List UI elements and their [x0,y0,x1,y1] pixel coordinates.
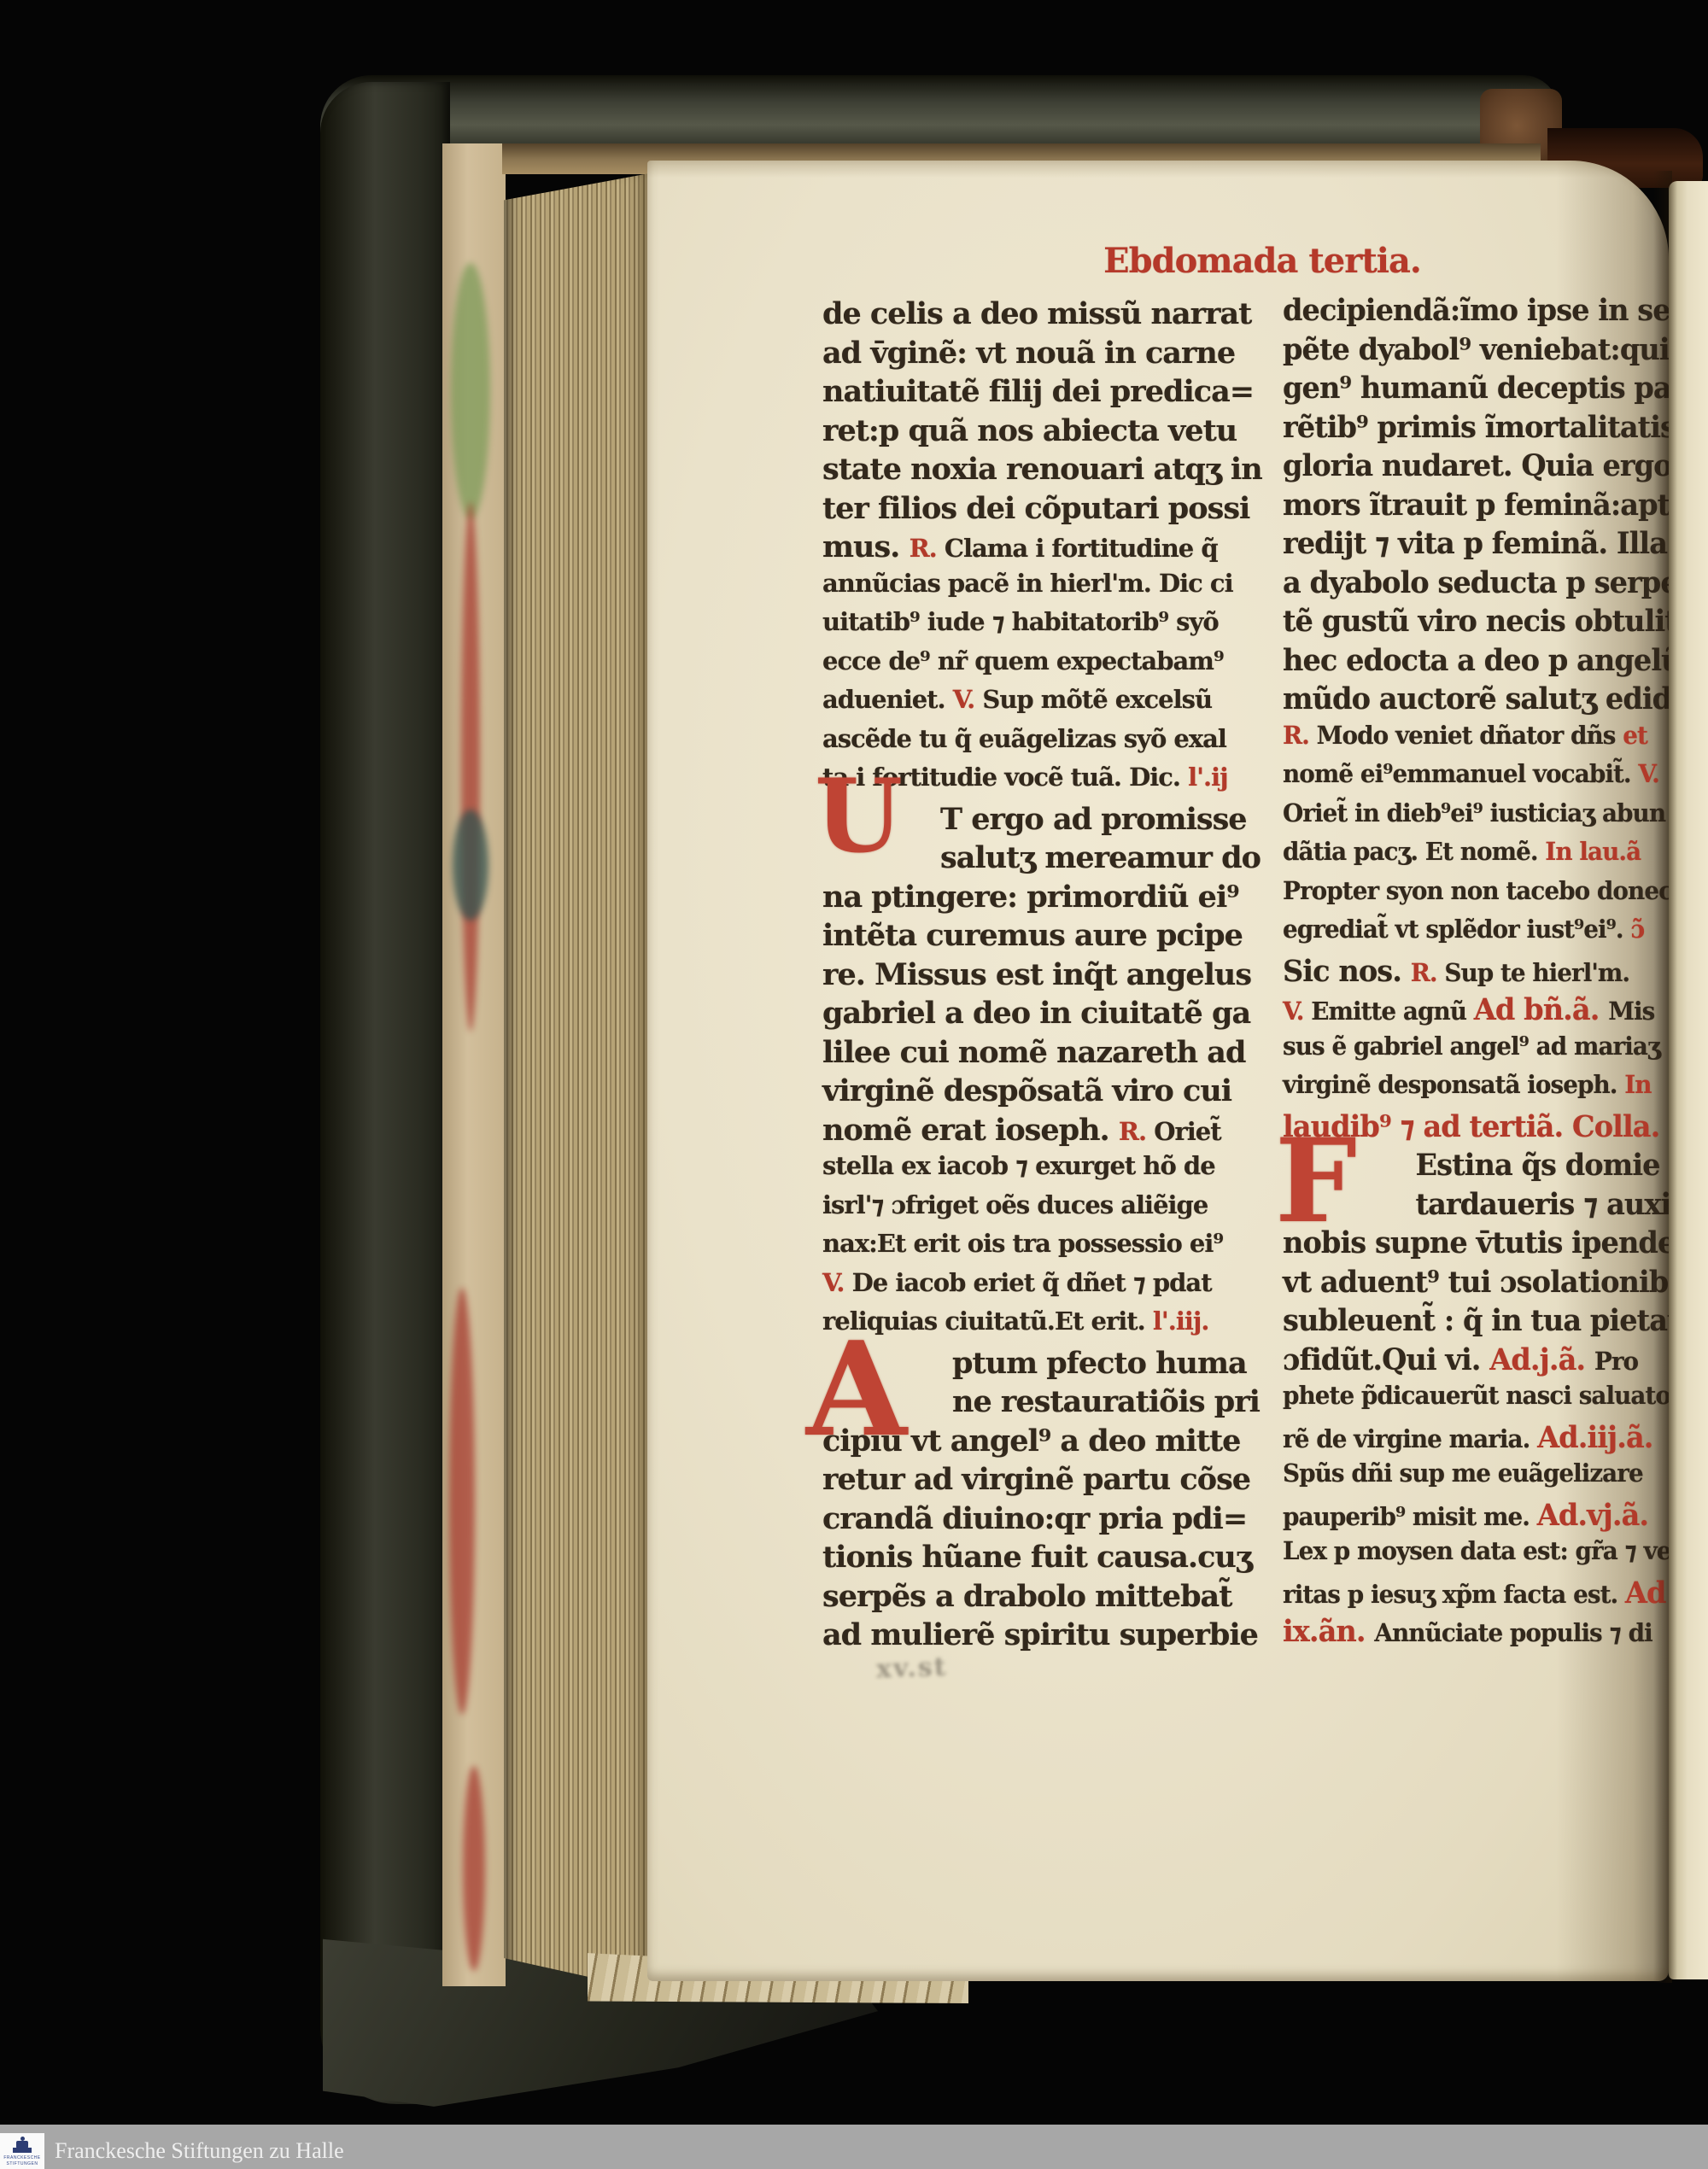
body-text: Sic nos. [1283,954,1411,989]
page-header: Ebdomada tertia. [1040,241,1484,281]
text-line: V. Emitte agnũ Ad bñ.ã. Mis [1283,995,1654,1025]
body-text: De iacob eriet q̃ dñet ⁊ pdat [852,1268,1212,1297]
text-line: ɔfidũt.Qui vi. Ad.j.ã. Pro [1283,1345,1638,1375]
body-text: Modo veniet dñator dñs [1317,721,1623,750]
decorative-mark-red [461,502,480,1032]
text-line: egrediat̃ vt splẽdor iust⁹ei⁹. ɔ̃ [1283,917,1644,942]
text-line: adueniet. V. Sup mõtẽ excelsũ [822,687,1212,712]
text-line: annũcias pacẽ in hierl'm. Dic ci [822,571,1233,596]
text-line: tẽ gustũ viro necis obtulit: [1283,606,1669,636]
body-text: lilee cui nomẽ nazareth ad [822,1035,1245,1070]
text-line: ad v̄ginẽ: vt nouã in carne [822,338,1235,368]
body-text: Oriet̃ in dieb⁹ei⁹ iusticiaʒ abun [1283,798,1665,827]
body-text: tardaueris ⁊ auxiliũ [1416,1187,1669,1222]
text-line: uitatib⁹ iude ⁊ habitatorib⁹ syõ [822,610,1219,634]
text-line: pẽte dyabol⁹ veniebat:qui [1283,335,1669,365]
body-text: uitatib⁹ iude ⁊ habitatorib⁹ syõ [822,607,1219,636]
rubric-text: ɔ̃ [1630,915,1644,944]
text-line: isrl'⁊ ɔfriget oẽs duces aliẽige [822,1193,1208,1218]
text-line: nax:Et erit ois tra possessio ei⁹ [822,1231,1223,1256]
rubric-text: Ad.vj.ã. [1537,1498,1648,1533]
body-text: subleuent̃ : q̃ in tua pietate [1283,1303,1669,1338]
text-line: natiuitatẽ filij dei predica= [822,377,1254,406]
body-text: phete p̃dicauerũt nasci saluato [1283,1381,1669,1410]
text-line: Propter syon non tacebo donec [1283,879,1669,903]
body-text: re. Missus est inq̃t angelus [822,957,1251,992]
facing-page-edge [1669,181,1708,1979]
text-line: retur ad virginẽ partu cõse [822,1465,1250,1494]
text-line: sus ẽ gabriel angel⁹ ad mariaʒ [1283,1034,1660,1059]
body-text: de celis a deo missũ narrat [822,296,1251,331]
body-text: ad mulierẽ spiritu superbie [822,1617,1258,1652]
body-text: T ergo ad promisse [940,802,1247,837]
body-text: Annũciate populis ⁊ di [1374,1618,1652,1647]
body-text: ascẽde tu q̃ euãgelizas syõ exal [822,724,1226,753]
text-line: vt aduent⁹ tui ɔsolationib⁹ [1283,1267,1669,1297]
book-page: Ebdomada tertia. xv.st de celis a deo mi… [647,161,1669,1981]
rubric-text: V. [822,1268,852,1297]
body-text: sus ẽ gabriel angel⁹ ad mariaʒ [1283,1032,1660,1061]
signature-smudge: xv.st [875,1652,948,1685]
body-text: virginẽ despõsatã viro cui [822,1073,1231,1108]
body-text: intẽta curemus aure pcipe [822,918,1243,953]
text-line: mus. R. Clama i fortitudine q̃ [822,532,1218,562]
text-line: serpẽs a drabolo mittebat̃ [822,1581,1231,1611]
body-text: rẽtib⁹ primis ĩmortalitatis [1283,410,1669,445]
text-line: redijt ⁊ vita p feminã. Illa [1283,529,1667,558]
text-line: re. Missus est inq̃t angelus [822,960,1251,990]
rubric-text: et [1623,721,1647,750]
body-text: pẽte dyabol⁹ veniebat:qui [1283,332,1669,367]
body-text: rẽ de virgine maria. [1283,1424,1537,1453]
text-line: decipiendã:ĩmo ipse in ser [1283,295,1669,325]
text-line: R. Modo veniet dñator dñs et [1283,723,1647,748]
text-line: ret:p quã nos abiecta vetu [822,416,1237,446]
body-text: tionis hũane fuit causa.cuʒ [822,1540,1252,1575]
body-text: Spũs dñi sup me euãgelizare [1283,1459,1643,1488]
body-text: Propter syon non tacebo donec [1283,876,1669,905]
body-text: ne restauratiõis pri [952,1384,1260,1419]
institution-name: Franckesche Stiftungen zu Halle [55,2138,344,2164]
body-text: Pro [1594,1347,1638,1376]
text-line: mors ĩtrauit p feminã:apte [1283,490,1669,520]
rubric-text: l'.ij [1188,763,1228,792]
drop-cap-initial: F [1275,1136,1357,1225]
body-text: ret:p quã nos abiecta vetu [822,413,1237,448]
text-line: a dyabolo seducta p serpen [1283,568,1669,598]
text-line: phete p̃dicauerũt nasci saluato [1283,1383,1669,1408]
body-text: gloria nudaret. Quia ergo [1283,448,1669,483]
text-line: Sic nos. R. Sup te hierl'm. [1283,956,1629,986]
body-text: Estina q̃s domie ne [1416,1148,1669,1183]
body-text: gabriel a deo in ciuitatẽ ga [822,996,1250,1031]
rubric-text: Ad bñ.ã. [1474,992,1608,1027]
body-text: pauperib⁹ misit me. [1283,1502,1537,1531]
body-text: a dyabolo seducta p serpen [1283,565,1669,600]
text-line: ritas p iesuʒ xp̃m facta est. Ad [1283,1578,1666,1608]
body-text: virginẽ desponsatã ioseph. [1283,1070,1624,1099]
text-line: gloria nudaret. Quia ergo [1283,451,1669,481]
text-line: ascẽde tu q̃ euãgelizas syõ exal [822,727,1226,751]
text-line: de celis a deo missũ narrat [822,299,1251,329]
body-text: Emitte agnũ [1311,997,1474,1026]
rubric-text: In [1624,1070,1651,1099]
rubric-text: V. [1283,997,1311,1026]
text-line: tionis hũane fuit causa.cuʒ [822,1542,1252,1572]
text-line: virginẽ desponsatã ioseph. In [1283,1073,1652,1097]
body-text: redijt ⁊ vita p feminã. Illa [1283,526,1667,561]
body-text: stella ex iacob ⁊ exurget hõ de [822,1151,1215,1180]
body-text: ptum pfecto huma [952,1346,1247,1381]
text-line: rẽtib⁹ primis ĩmortalitatis [1283,412,1669,442]
text-line: rẽ de virgine maria. Ad.iij.ã. [1283,1423,1653,1453]
body-text: decipiendã:ĩmo ipse in ser [1283,293,1669,328]
text-line: Spũs dñi sup me euãgelizare [1283,1461,1643,1486]
text-line: pauperib⁹ misit me. Ad.vj.ã. [1283,1500,1648,1530]
body-text: isrl'⁊ ɔfriget oẽs duces aliẽige [822,1190,1208,1219]
body-text: nomẽ ei⁹emmanuel vocabit̃. [1283,759,1638,788]
text-line: stella ex iacob ⁊ exurget hõ de [822,1154,1215,1178]
text-line: mũdo auctorẽ salutʒ edidit [1283,684,1669,714]
logo-caption-line2: STIFTUNGEN [1,2161,44,2166]
text-line: Lex p moysen data est: gr̃a ⁊ ve [1283,1539,1669,1564]
rubric-text: R. [1283,721,1317,750]
decorative-mark-red [463,1766,485,1971]
text-line: dãtia pacʒ. Et nomẽ. In lau.ã [1283,839,1641,864]
rubric-text: ix.ãn. [1283,1614,1374,1649]
body-text: ɔfidũt.Qui vi. [1283,1342,1489,1377]
decorative-mark-green [451,263,490,519]
body-text: nomẽ erat ioseph. [822,1113,1119,1148]
text-line: na ptingere: primordiũ ei⁹ [822,882,1239,912]
text-line: Oriet̃ in dieb⁹ei⁹ iusticiaʒ abun [1283,801,1665,826]
body-text: Oriet̃ [1154,1117,1220,1146]
body-text: salutʒ mereamur do [940,840,1261,875]
text-line: nomẽ ei⁹emmanuel vocabit̃. V. [1283,762,1659,786]
rubric-text: V. [953,685,983,714]
text-line: virginẽ despõsatã viro cui [822,1076,1231,1106]
text-line: ix.ãn. Annũciate populis ⁊ di [1283,1617,1652,1646]
text-line: gabriel a deo in ciuitatẽ ga [822,998,1250,1028]
logo-caption-line1: FRANCKESCHE [1,2155,44,2160]
body-text: Lex p moysen data est: gr̃a ⁊ ve [1283,1536,1669,1565]
body-text: ad v̄ginẽ: vt nouã in carne [822,336,1235,371]
body-text: dãtia pacʒ. Et nomẽ. [1283,837,1545,866]
text-line: intẽta curemus aure pcipe [822,921,1243,950]
franckesche-logo-icon [13,2148,32,2153]
body-text: ter filios dei cõputari possi [822,491,1249,526]
body-text: mors ĩtrauit p feminã:apte [1283,488,1669,523]
body-text: ritas p iesuʒ xp̃m facta est. [1283,1580,1625,1609]
body-text: mus. [822,529,910,564]
body-text: na ptingere: primordiũ ei⁹ [822,880,1239,915]
body-text: mũdo auctorẽ salutʒ edidit [1283,681,1669,716]
body-text: Mis [1608,997,1654,1026]
rubric-text: Ad.iij.ã. [1537,1420,1652,1455]
body-text: ecce de⁹ nr̃ quem expectabam⁹ [822,646,1224,675]
text-line: nomẽ erat ioseph. R. Oriet̃ [822,1115,1221,1145]
rubric-text: In lau.ã [1545,837,1641,866]
body-text: Clama i fortitudine q̃ [945,534,1218,563]
body-text: nax:Et erit ois tra possessio ei⁹ [822,1229,1223,1258]
body-text: vt aduent⁹ tui ɔsolationib⁹ [1283,1265,1669,1300]
text-line: state noxia renouari atqʒ in [822,454,1262,484]
body-text: hec edocta a deo p angelũ [1283,643,1669,678]
text-line: ad mulierẽ spiritu superbie [822,1620,1258,1650]
drop-cap-initial: U [815,777,903,856]
body-text: state noxia renouari atqʒ in [822,452,1262,487]
decorative-mark-teal [453,810,488,921]
rubric-text: R. [1119,1117,1154,1146]
rubric-text: R. [1411,958,1445,987]
decorative-mark-red [449,1288,475,1715]
body-text: Sup te hierl'm. [1444,958,1629,987]
body-text: adueniet. [822,685,953,714]
text-line: subleuent̃ : q̃ in tua pietate [1283,1306,1669,1336]
book-cover-left-board [320,82,450,2104]
body-text: retur ad virginẽ partu cõse [822,1462,1250,1497]
rubric-text: Ad.j.ã. [1489,1342,1594,1377]
background: Ebdomada tertia. xv.st de celis a deo mi… [0,0,1708,2169]
body-text: Sup mõtẽ excelsũ [982,685,1212,714]
body-text: tẽ gustũ viro necis obtulit: [1283,604,1669,639]
drop-cap-initial: A [806,1339,907,1441]
body-text: serpẽs a drabolo mittebat̃ [822,1579,1231,1614]
rubric-text: R. [910,534,945,563]
text-line: crandã diuino:qr pria pdi= [822,1504,1247,1534]
text-line: ter filios dei cõputari possi [822,494,1249,523]
text-line: lilee cui nomẽ nazareth ad [822,1038,1245,1067]
text-line: hec edocta a deo p angelũ [1283,646,1669,675]
page-edges [504,169,652,1997]
text-line: gen⁹ humanũ deceptis pa [1283,373,1669,403]
rubric-text: l'.iij. [1153,1307,1209,1336]
body-text: gen⁹ humanũ deceptis pa [1283,371,1669,406]
body-text: natiuitatẽ filij dei predica= [822,374,1254,409]
body-text: annũcias pacẽ in hierl'm. Dic ci [822,569,1233,598]
text-line: V. De iacob eriet q̃ dñet ⁊ pdat [822,1271,1212,1295]
body-text: crandã diuino:qr pria pdi= [822,1501,1247,1536]
text-line: ecce de⁹ nr̃ quem expectabam⁹ [822,649,1224,674]
body-text: egrediat̃ vt splẽdor iust⁹ei⁹. [1283,915,1630,944]
endpaper-strip [442,143,506,1986]
